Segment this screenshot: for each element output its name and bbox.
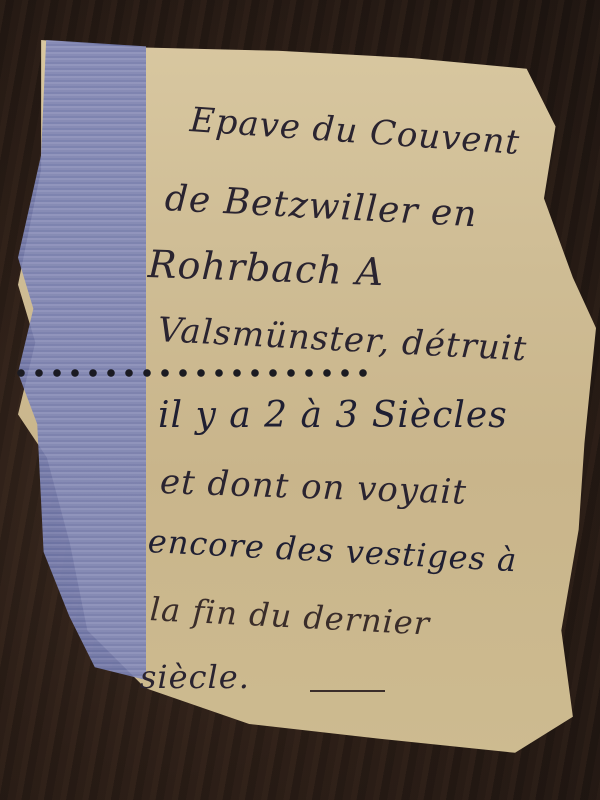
note-line-3: Rohrbach A <box>147 242 385 294</box>
note-line-2: de Betzwiller en <box>164 178 479 235</box>
note-line-5: il y a 2 à 3 Siècles <box>158 395 508 436</box>
closing-dash <box>310 690 385 692</box>
note-line-7: encore des vestiges à <box>147 522 518 579</box>
note-line-9: siècle. <box>140 658 250 696</box>
handwritten-text: Epave du Couvent de Betzwiller en Rohrba… <box>0 0 600 800</box>
note-line-8: la fin du dernier <box>149 590 431 643</box>
note-line-6: et dont on voyait <box>159 462 467 513</box>
note-line-1: Epave du Couvent <box>189 100 522 163</box>
note-line-4: Valsmünster, détruit <box>157 310 528 369</box>
